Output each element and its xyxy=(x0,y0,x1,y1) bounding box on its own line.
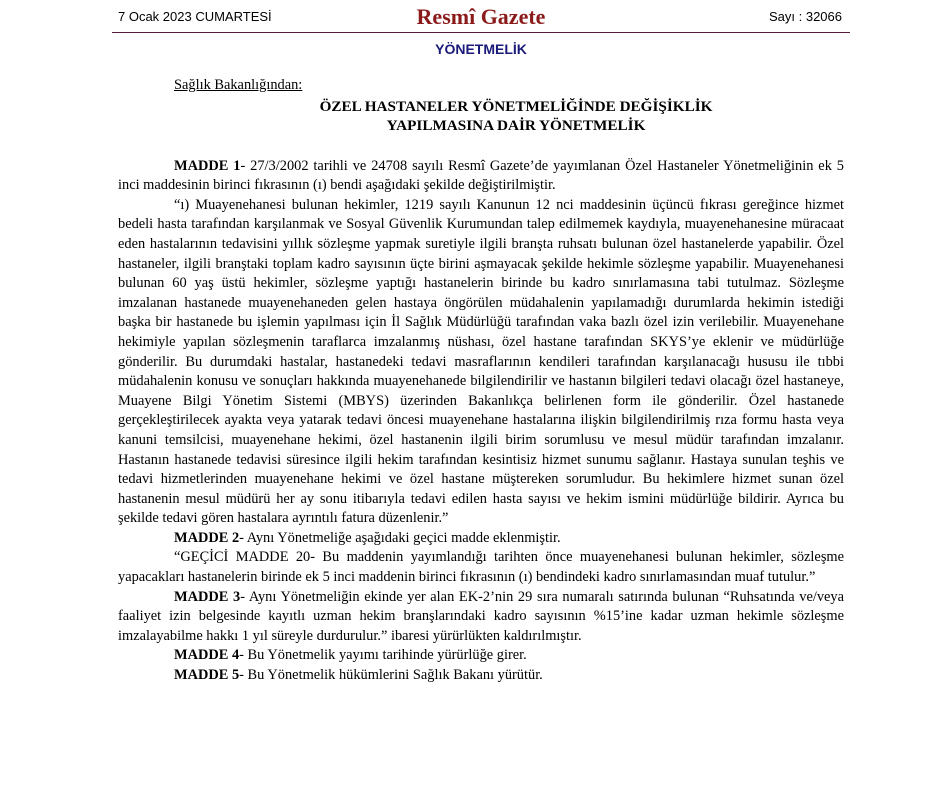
article-label: MADDE 2 xyxy=(174,530,239,546)
article-label: MADDE 3 xyxy=(174,589,240,605)
regulation-title: ÖZEL HASTANELER YÖNETMELİĞİNDE DEĞİŞİKLİ… xyxy=(118,97,844,135)
article-label: MADDE 1 xyxy=(174,158,240,174)
article-2-provisional: “GEÇİCİ MADDE 20- Bu maddenin yayımlandı… xyxy=(118,548,844,587)
article-1-amendment: “ı) Muayenehanesi bulunan hekimler, 1219… xyxy=(118,196,844,529)
issuing-authority: Sağlık Bakanlığından: xyxy=(174,76,844,96)
title-line-1: ÖZEL HASTANELER YÖNETMELİĞİNDE DEĞİŞİKLİ… xyxy=(188,97,844,116)
article-text: “GEÇİCİ MADDE 20- Bu maddenin yayımlandı… xyxy=(118,549,844,585)
article-text: - Bu Yönetmelik yayımı tarihinde yürürlü… xyxy=(239,647,527,663)
article-5: MADDE 5- Bu Yönetmelik hükümlerini Sağlı… xyxy=(118,666,844,686)
article-text: - Bu Yönetmelik hükümlerini Sağlık Bakan… xyxy=(239,667,543,683)
article-1: MADDE 1- 27/3/2002 tarihli ve 24708 sayı… xyxy=(118,157,844,196)
article-text: - Aynı Yönetmeliğe aşağıdaki geçici madd… xyxy=(239,530,560,546)
article-4: MADDE 4- Bu Yönetmelik yayımı tarihinde … xyxy=(118,646,844,666)
gazette-header: 7 Ocak 2023 CUMARTESİ Resmî Gazete Sayı … xyxy=(112,0,850,33)
title-line-2: YAPILMASINA DAİR YÖNETMELİK xyxy=(188,116,844,135)
article-label: MADDE 4 xyxy=(174,647,239,663)
article-3: MADDE 3- Aynı Yönetmeliğin ekinde yer al… xyxy=(118,588,844,647)
section-heading: YÖNETMELİK xyxy=(112,41,850,57)
article-text: “ı) Muayenehanesi bulunan hekimler, 1219… xyxy=(118,197,844,527)
article-label: MADDE 5 xyxy=(174,667,239,683)
issue-number: Sayı : 32066 xyxy=(769,9,842,24)
article-2: MADDE 2- Aynı Yönetmeliğe aşağıdaki geçi… xyxy=(118,529,844,549)
gazette-title: Resmî Gazete xyxy=(112,4,850,30)
regulation-document: Sağlık Bakanlığından: ÖZEL HASTANELER YÖ… xyxy=(118,76,844,686)
